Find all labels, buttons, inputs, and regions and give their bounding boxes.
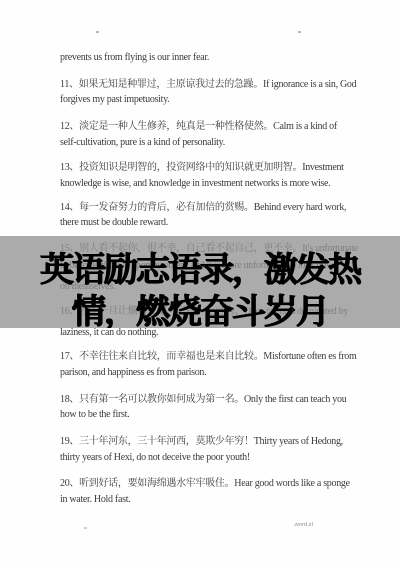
document-line: knowledge is wise, and knowledge in inve… <box>60 178 330 189</box>
banner-title-line2: 情，燃烧奋斗岁月 <box>0 284 400 328</box>
document-line: 12、淡定是一种人生修养，纯真是一种性格使然。Calm is a kind of <box>60 117 337 132</box>
document-line: laziness, it can do nothing. <box>60 327 158 338</box>
document-line: self-cultivation, pure is a kind of pers… <box>60 137 225 148</box>
document-line: there must be double reward. <box>60 217 168 228</box>
page-artifact-dot <box>96 31 99 33</box>
document-line: forgives my past impetuosity. <box>60 94 169 105</box>
document-line: 20、听到好话，要如海绵遇水牢牢吸住。Hear good words like … <box>60 474 350 489</box>
document-line: 19、三十年河东，三十年河西，莫欺少年穷！Thirty years of Hed… <box>60 432 343 447</box>
document-line: 11、如果无知是种罪过，主原谅我过去的急躁。If ignorance is a … <box>60 75 356 90</box>
document-line: 13、投资知识是明智的，投资网络中的知识就更加明智。Investment <box>60 158 344 173</box>
document-line: prevents us from flying is our inner fea… <box>60 52 209 63</box>
document-line: 17、不幸往往来自比较，而幸福也是来自比较。Misfortune often e… <box>60 347 356 362</box>
document-line: thirty years of Hexi, do not deceive the… <box>60 452 250 463</box>
document-line: 14、每一发奋努力的背后，必有加倍的赏赐。Behind every hard w… <box>60 198 346 213</box>
title-banner: 15、别人看不起你，很不幸，自己看不起自己，更不幸。It's unfortuna… <box>0 236 400 328</box>
document-line: 18、只有第一名可以教你如何成为第一名。Only the first can t… <box>60 390 346 405</box>
page-artifact-dot <box>298 31 301 33</box>
watermark: .word.zl <box>293 521 313 527</box>
document-line: parison, and happiness es from parison. <box>60 367 206 378</box>
page-artifact-dot <box>84 527 87 529</box>
document-page: prevents us from flying is our inner fea… <box>0 0 400 566</box>
document-line: in water. Hold fast. <box>60 494 130 505</box>
document-line: how to be the first. <box>60 409 129 420</box>
